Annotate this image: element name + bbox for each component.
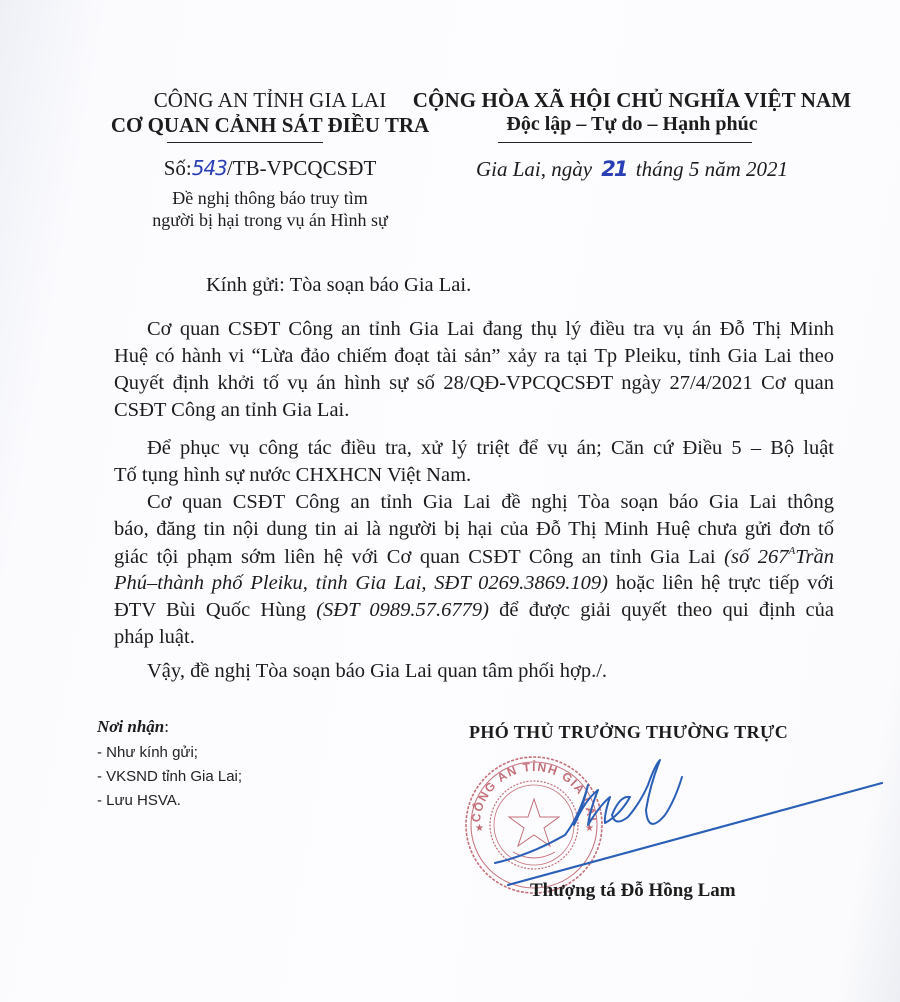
national-motto: Độc lập – Tự do – Hạnh phúc [412, 113, 852, 136]
recipients-title-text: Nơi nhận [97, 717, 164, 736]
agency-underline [167, 142, 323, 143]
date-line: Gia Lai, ngày 21 tháng 5 năm 2021 [412, 157, 852, 182]
closing-request: Vậy, đề nghị Tòa soạn báo Gia Lai quan t… [147, 660, 607, 683]
contact-address-street: Trần [795, 546, 834, 568]
agency-name: CƠ QUAN CẢNH SÁT ĐIỀU TRA [90, 113, 450, 138]
p1-line-2: Huệ có hành vi “Lừa đảo chiếm đoạt tài s… [114, 345, 834, 368]
p2-line-2: Tố tụng hình sự nước CHXHCN Việt Nam. [114, 464, 471, 487]
recipient-item: - Như kính gửi; [97, 744, 198, 761]
doc-number-prefix: Số: [164, 156, 192, 180]
recipient-item: - Lưu HSVA. [97, 792, 181, 809]
addressee: Kính gửi: Tòa soạn báo Gia Lai. [206, 274, 471, 297]
investigator-phone: (SĐT 0989.57.6779) [316, 599, 489, 621]
date-day-handwritten: 21 [597, 157, 630, 181]
doc-number-handwritten: 543 [192, 156, 227, 180]
recipient-item: - VKSND tỉnh Gia Lai; [97, 768, 242, 785]
signer-title: PHÓ THỦ TRƯỞNG THƯỜNG TRỰC [469, 722, 788, 743]
p2-line-1: Để phục vụ công tác điều tra, xử lý triệ… [147, 437, 834, 460]
subject-line-2: người bị hại trong vụ án Hình sự [90, 210, 450, 231]
p3-line-5-text: để được giải quyết theo qui định của [489, 599, 834, 621]
investigator-name: ĐTV Bùi Quốc Hùng [114, 599, 316, 621]
p1-line-4: CSĐT Công an tỉnh Gia Lai. [114, 399, 349, 422]
contact-address-start: (số 267 [724, 546, 788, 568]
date-prefix: Gia Lai, ngày [476, 157, 592, 181]
p1-line-3: Quyết định khởi tố vụ án hình sự số 28/Q… [114, 372, 834, 395]
p3-line-2: báo, đăng tin nội dung tin ai là người b… [114, 518, 834, 541]
contact-address-phone: Phú–thành phố Pleiku, tỉnh Gia Lai, SĐT … [114, 572, 608, 594]
agency-parent: CÔNG AN TỈNH GIA LAI [90, 88, 450, 113]
motto-underline [498, 142, 752, 143]
p1-line-1: Cơ quan CSĐT Công an tỉnh Gia Lai đang t… [147, 318, 834, 341]
nation-title: CỘNG HÒA XÃ HỘI CHỦ NGHĨA VIỆT NAM [412, 88, 852, 113]
p3-line-3-text: giác tội phạm sớm liên hệ với Cơ quan CS… [114, 546, 724, 568]
subject-line-1: Đề nghị thông báo truy tìm [90, 188, 450, 209]
p3-line-4-text: hoặc liên hệ trực tiếp với [608, 572, 834, 594]
date-suffix: tháng 5 năm 2021 [636, 157, 788, 181]
signer-name: Thượng tá Đỗ Hồng Lam [530, 880, 736, 902]
p3-line-6: pháp luật. [114, 626, 195, 649]
doc-number-suffix: /TB-VPCQCSĐT [227, 156, 376, 180]
document-number: Số:543/TB-VPCQCSĐT [90, 156, 450, 181]
p3-line-4: Phú–thành phố Pleiku, tỉnh Gia Lai, SĐT … [114, 572, 834, 595]
recipients-title-colon: : [164, 717, 169, 736]
p3-line-5: ĐTV Bùi Quốc Hùng (SĐT 0989.57.6779) để … [114, 599, 834, 622]
p3-line-1: Cơ quan CSĐT Công an tỉnh Gia Lai đề ngh… [147, 491, 834, 514]
p3-line-3: giác tội phạm sớm liên hệ với Cơ quan CS… [114, 545, 834, 569]
document-page: CÔNG AN TỈNH GIA LAI CƠ QUAN CẢNH SÁT ĐI… [0, 0, 900, 1002]
recipients-title: Nơi nhận: [97, 717, 169, 737]
